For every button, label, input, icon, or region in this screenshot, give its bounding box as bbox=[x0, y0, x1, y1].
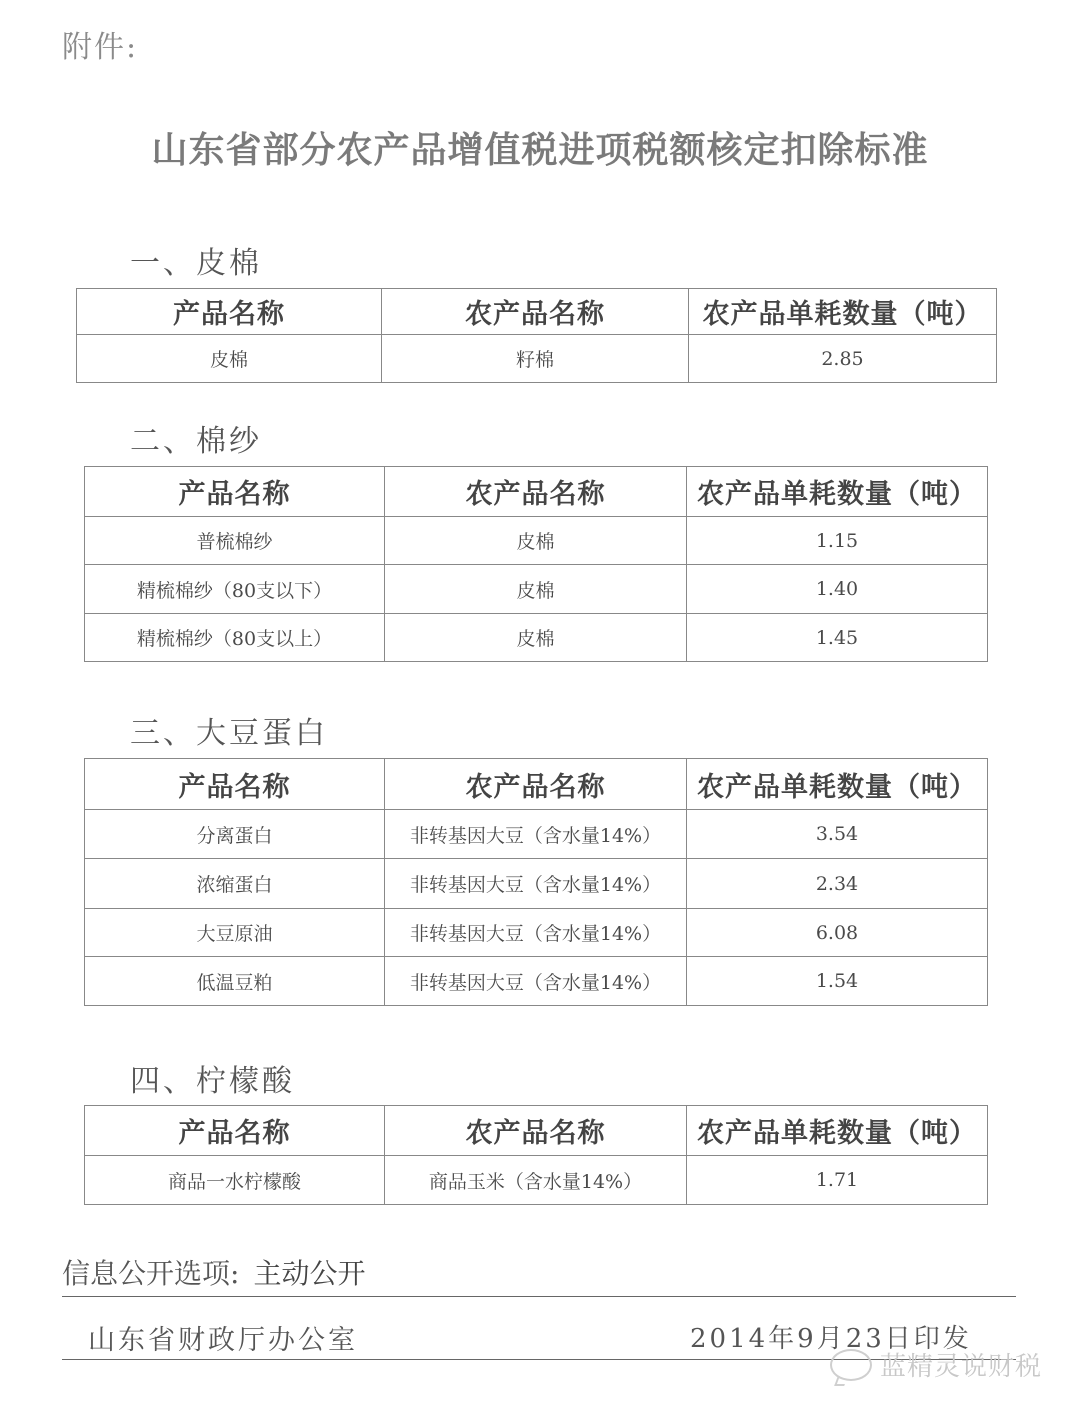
attachment-label: 附件: bbox=[62, 22, 138, 66]
cell-quantity: 6.08 bbox=[687, 909, 988, 957]
table-row: 皮棉 籽棉 2.85 bbox=[77, 335, 997, 383]
cell-product: 商品一水柠檬酸 bbox=[85, 1156, 385, 1205]
header-agri-product-name: 农产品名称 bbox=[385, 467, 687, 517]
cell-agri-product: 非转基因大豆（含水量14%） bbox=[385, 957, 687, 1006]
cell-agri-product: 皮棉 bbox=[385, 517, 687, 565]
cell-agri-product: 皮棉 bbox=[385, 565, 687, 614]
cell-quantity: 1.54 bbox=[687, 957, 988, 1006]
cell-product: 低温豆粕 bbox=[85, 957, 385, 1006]
cell-quantity: 2.85 bbox=[689, 335, 997, 383]
table-header-row: 产品名称 农产品名称 农产品单耗数量（吨） bbox=[85, 759, 988, 810]
cell-agri-product: 非转基因大豆（含水量14%） bbox=[385, 909, 687, 957]
section-heading-4: 四、柠檬酸 bbox=[130, 1056, 295, 1100]
cell-quantity: 1.71 bbox=[687, 1156, 988, 1205]
header-agri-product-name: 农产品名称 bbox=[382, 289, 689, 335]
cell-quantity: 1.40 bbox=[687, 565, 988, 614]
watermark: 蓝精灵说财税 bbox=[830, 1346, 1042, 1383]
issuing-office: 山东省财政厅办公室 bbox=[88, 1318, 358, 1357]
watermark-text: 蓝精灵说财税 bbox=[880, 1346, 1042, 1383]
info-disclosure-value: 主动公开 bbox=[253, 1257, 365, 1290]
info-disclosure: 信息公开选项:主动公开 bbox=[62, 1252, 365, 1292]
header-product-name: 产品名称 bbox=[77, 289, 382, 335]
table-header-row: 产品名称 农产品名称 农产品单耗数量（吨） bbox=[85, 467, 988, 517]
cell-product: 精梳棉纱（80支以下） bbox=[85, 565, 385, 614]
header-agri-product-name: 农产品名称 bbox=[385, 1106, 687, 1156]
table-section-1: 产品名称 农产品名称 农产品单耗数量（吨） 皮棉 籽棉 2.85 bbox=[76, 288, 997, 383]
table-row: 精梳棉纱（80支以上） 皮棉 1.45 bbox=[85, 614, 988, 662]
cell-quantity: 2.34 bbox=[687, 859, 988, 909]
section-heading-1: 一、皮棉 bbox=[130, 238, 262, 282]
cell-product: 浓缩蛋白 bbox=[85, 859, 385, 909]
header-unit-consumption: 农产品单耗数量（吨） bbox=[687, 1106, 988, 1156]
cell-product: 皮棉 bbox=[77, 335, 382, 383]
cell-quantity: 1.15 bbox=[687, 517, 988, 565]
section-heading-3: 三、大豆蛋白 bbox=[130, 708, 328, 752]
section-heading-2: 二、棉纱 bbox=[130, 416, 262, 460]
header-unit-consumption: 农产品单耗数量（吨） bbox=[687, 759, 988, 810]
table-row: 分离蛋白 非转基因大豆（含水量14%） 3.54 bbox=[85, 810, 988, 859]
document-title: 山东省部分农产品增值税进项税额核定扣除标准 bbox=[0, 122, 1080, 173]
cell-agri-product: 非转基因大豆（含水量14%） bbox=[385, 810, 687, 859]
table-section-4: 产品名称 农产品名称 农产品单耗数量（吨） 商品一水柠檬酸 商品玉米（含水量14… bbox=[84, 1105, 988, 1205]
table-row: 精梳棉纱（80支以下） 皮棉 1.40 bbox=[85, 565, 988, 614]
table-header-row: 产品名称 农产品名称 农产品单耗数量（吨） bbox=[85, 1106, 988, 1156]
header-unit-consumption: 农产品单耗数量（吨） bbox=[687, 467, 988, 517]
table-header-row: 产品名称 农产品名称 农产品单耗数量（吨） bbox=[77, 289, 997, 335]
cell-agri-product: 籽棉 bbox=[382, 335, 689, 383]
cell-product: 大豆原油 bbox=[85, 909, 385, 957]
divider-top bbox=[62, 1296, 1016, 1297]
header-product-name: 产品名称 bbox=[85, 467, 385, 517]
table-row: 商品一水柠檬酸 商品玉米（含水量14%） 1.71 bbox=[85, 1156, 988, 1205]
table-row: 浓缩蛋白 非转基因大豆（含水量14%） 2.34 bbox=[85, 859, 988, 909]
info-disclosure-label: 信息公开选项: bbox=[62, 1257, 239, 1290]
cell-agri-product: 非转基因大豆（含水量14%） bbox=[385, 859, 687, 909]
table-row: 普梳棉纱 皮棉 1.15 bbox=[85, 517, 988, 565]
table-row: 大豆原油 非转基因大豆（含水量14%） 6.08 bbox=[85, 909, 988, 957]
header-agri-product-name: 农产品名称 bbox=[385, 759, 687, 810]
cell-product: 普梳棉纱 bbox=[85, 517, 385, 565]
table-row: 低温豆粕 非转基因大豆（含水量14%） 1.54 bbox=[85, 957, 988, 1006]
cell-product: 分离蛋白 bbox=[85, 810, 385, 859]
header-unit-consumption: 农产品单耗数量（吨） bbox=[689, 289, 997, 335]
cell-agri-product: 商品玉米（含水量14%） bbox=[385, 1156, 687, 1205]
cell-quantity: 1.45 bbox=[687, 614, 988, 662]
table-section-3: 产品名称 农产品名称 农产品单耗数量（吨） 分离蛋白 非转基因大豆（含水量14%… bbox=[84, 758, 988, 1006]
header-product-name: 产品名称 bbox=[85, 1106, 385, 1156]
cell-quantity: 3.54 bbox=[687, 810, 988, 859]
cell-product: 精梳棉纱（80支以上） bbox=[85, 614, 385, 662]
cell-agri-product: 皮棉 bbox=[385, 614, 687, 662]
header-product-name: 产品名称 bbox=[85, 759, 385, 810]
table-section-2: 产品名称 农产品名称 农产品单耗数量（吨） 普梳棉纱 皮棉 1.15 精梳棉纱（… bbox=[84, 466, 988, 662]
wechat-icon bbox=[830, 1349, 872, 1381]
